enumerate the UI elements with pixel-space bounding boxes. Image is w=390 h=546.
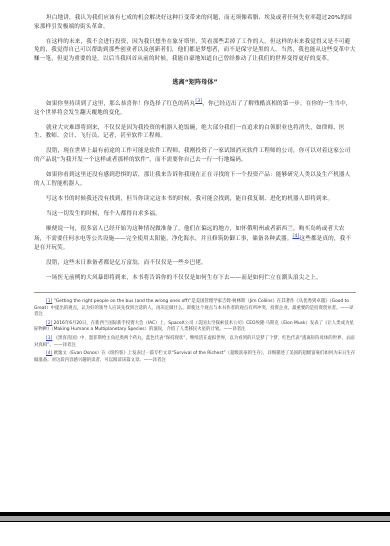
paragraph: 如果你看到这里还没有感到恐惧的话，那让我来告诉你我现在正在寻找的下一个投资产品：… bbox=[34, 171, 356, 188]
footnote-divider bbox=[34, 292, 356, 293]
paragraph: 一场医无前例的大风暴即将到来，本书将告诉你的不仅仅是如何生存下去——而是如何伫立… bbox=[34, 274, 356, 283]
document-page: 坦白地讲，我认为我们应该有七成的机会解决好这种巨变带来的问题，而无须像希腊、埃及… bbox=[34, 14, 356, 366]
paragraph: 坦白地讲，我认为我们应该有七成的机会解决好这种巨变带来的问题，而无须像希腊、埃及… bbox=[34, 14, 356, 31]
footnote: [3] 《黑客帝国》中，墨菲斯给主角尼奥两个药丸，蓝色代表“保持现状”，继续活在… bbox=[34, 336, 356, 349]
footnote: [1] “Getting the right people on the bus… bbox=[34, 299, 356, 319]
footnote-backlink-4[interactable]: [4] bbox=[46, 351, 52, 356]
paragraph: 如果你坚持读到了这里，那么恭喜你！你选择了红色的药丸[3]，你已经迈出了了解残酷… bbox=[34, 98, 356, 117]
paragraph: 顺便说一句，很多富人已经开始为这种情况做准备了，他们在偏远的地方，如怀俄明州或者… bbox=[34, 225, 356, 253]
bottom-bar-line bbox=[0, 521, 390, 522]
footnote: [2] 2016年6月20日，在新西兰国际新手投资大会（IAC）上，SpaceX… bbox=[34, 321, 356, 334]
footnote: [4] 欧逸文（Evan Osnos）在《纽约客》上发表过一篇专栏文章“Surv… bbox=[34, 351, 356, 364]
paragraph: 没错，现在世界上最有前途的工作可能是软件工程师，我刚投资了一家试图消灭软件工程师… bbox=[34, 147, 356, 164]
section-heading: 逃离“矩阵母体” bbox=[34, 77, 356, 86]
footnote-backlink-1[interactable]: [1] bbox=[46, 299, 52, 304]
paragraph: 就业大灾难即将到来，不仅仅是因为我投资的机器人抢饭碗，绝大部分我们一直追求的白领… bbox=[34, 124, 356, 141]
paragraph: 没错，这些末日准备者都是亿万富翁，而不仅仅是一些乡巴佬。 bbox=[34, 259, 356, 268]
paragraph: 在这样的未来，我不会进行投资，因为我只想坐在象牙塔里，笑看那些丢掉了工作的人。但… bbox=[34, 38, 356, 64]
paragraph: 当这一切发生的时候，每个人都得自求多福。 bbox=[34, 210, 356, 219]
paragraph: 写这本书的时候我还没有找到，但当你读完这本书的时候，我可能会找到，能自我复制、进… bbox=[34, 195, 356, 204]
footnote-backlink-3[interactable]: [3] bbox=[46, 336, 52, 341]
footnote-backlink-2[interactable]: [2] bbox=[46, 321, 52, 326]
